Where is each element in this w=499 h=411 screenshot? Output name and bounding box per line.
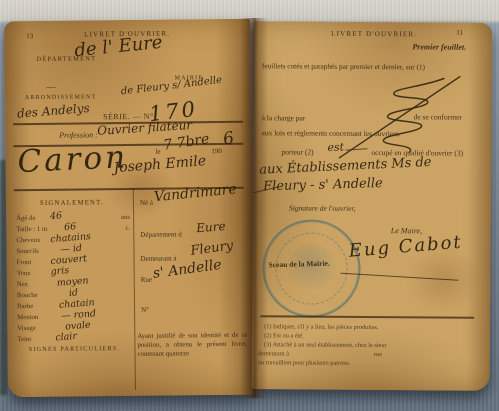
sig-label: Barbe bbox=[17, 303, 33, 310]
date-190-label: 190 bbox=[211, 148, 222, 155]
date-le-label: le bbox=[155, 149, 160, 156]
sig-value-handwritten: 46 bbox=[50, 211, 63, 221]
right-page-number: 11 bbox=[456, 30, 463, 37]
sig-value-handwritten: ovale bbox=[65, 321, 91, 333]
left-footer-paragraph: Ayant justifié de son identité et de sa … bbox=[137, 331, 247, 359]
maire-signature-handwritten: Eug Cabot bbox=[348, 234, 463, 261]
footnote-3-line1: (3) Attaché à un seul établissement, che… bbox=[264, 341, 387, 349]
left-page-number: 13 bbox=[26, 33, 33, 40]
profession-label: Profession : bbox=[59, 131, 98, 139]
etablissement-handwritten-line1: aux Établissements Ms de bbox=[259, 156, 432, 177]
se-conformer-label: de se conformer bbox=[414, 113, 462, 121]
rue-label: Rue bbox=[141, 277, 152, 284]
charge-par-label: à la charge par bbox=[262, 114, 306, 122]
book-gutter-shadow bbox=[240, 18, 268, 398]
footnote-3-line3: ou travaillent pour plusieurs patrons. bbox=[258, 359, 351, 367]
arrondissement-handwritten-value: des Andelys bbox=[17, 102, 90, 120]
demeurant-label: Demeurant à bbox=[141, 256, 177, 263]
ne-a-handwritten-value: Vandrimare bbox=[153, 182, 237, 204]
sig-suffix: ans bbox=[121, 214, 130, 221]
porteur-handwritten-est: est bbox=[327, 141, 344, 153]
sig-label: Cheveux bbox=[16, 237, 40, 244]
footnote-1: (1) Indiquer, s'il y a lieu, les pièces … bbox=[264, 323, 378, 331]
sig-label: Âgé de bbox=[16, 215, 36, 222]
premier-feuillet-heading: Premier feuillet. bbox=[364, 43, 466, 52]
footnote-2: (2) Est ou a été. bbox=[264, 332, 304, 339]
sceau-mairie-label: Sceau de la Mairie. bbox=[268, 260, 329, 269]
sig-label: Nez bbox=[17, 281, 28, 288]
sig-label: Front bbox=[17, 259, 32, 266]
sig-value-handwritten: id bbox=[69, 288, 79, 298]
arrondissement-label: ARRONDISSEMENT bbox=[25, 94, 97, 101]
right-page: LIVRET D'OUVRIER. 11 Premier feuillet. f… bbox=[252, 21, 493, 391]
column-divider-line bbox=[133, 188, 136, 390]
date-day-handwritten: 7 7bre bbox=[163, 132, 211, 153]
lois-reglements-line: aux lois et règlements concernant les ou… bbox=[261, 129, 400, 137]
sig-label: Sourcils bbox=[16, 248, 38, 255]
dash-mark: — bbox=[47, 83, 56, 92]
ne-a-label: Né à bbox=[140, 200, 153, 207]
sig-label: Yeux bbox=[17, 270, 31, 277]
sig-value-handwritten: clair bbox=[55, 332, 77, 343]
sig-value-handwritten: moyen bbox=[56, 276, 89, 288]
porteur-label: porteur (2) bbox=[281, 148, 313, 156]
numero-label: N° bbox=[141, 307, 149, 314]
surname-handwritten: Caron bbox=[17, 142, 129, 178]
sig-label: Menton bbox=[17, 314, 38, 321]
demeurant-handwritten-value: Fleury bbox=[190, 239, 234, 258]
sig-label: Visage bbox=[17, 325, 36, 332]
feuillets-cotes-line: feuillets cotés et paraphés par premier … bbox=[262, 62, 425, 70]
sig-value-handwritten: 66 bbox=[64, 222, 77, 232]
footnote-3-rue: rue bbox=[374, 351, 382, 358]
sig-label: Taille : 1 m bbox=[16, 226, 47, 233]
signalement-title: SIGNALEMENT. bbox=[14, 200, 130, 208]
left-page: 13 LIVRET D'OUVRIER. DÉPARTEMENT de l' E… bbox=[4, 19, 254, 398]
sig-label: Bouche bbox=[17, 292, 38, 299]
sig-label: Teint bbox=[17, 336, 31, 343]
sig-value-handwritten: gris bbox=[50, 266, 69, 277]
signature-ouvrier-label: Signature de l'ouvrier, bbox=[289, 204, 356, 212]
identity-departement-label: Département d bbox=[140, 231, 181, 238]
identity-departement-handwritten-value: Eure bbox=[196, 220, 226, 234]
photo-of-open-booklet: 13 LIVRET D'OUVRIER. DÉPARTEMENT de l' E… bbox=[0, 0, 499, 411]
etablissement-handwritten-line2: Fleury - s' Andelle bbox=[263, 177, 383, 193]
le-maire-label: Le Maire, bbox=[391, 227, 422, 235]
mairie-handwritten-value: de Fleury s/ Andelle bbox=[120, 76, 222, 98]
date-year-handwritten: 6 bbox=[222, 130, 236, 149]
sig-suffix: c. bbox=[125, 225, 130, 232]
signes-particuliers-title: SIGNES PARTICULIERS. bbox=[15, 346, 133, 353]
footnote-separator-rule bbox=[260, 315, 474, 318]
right-running-title: LIVRET D'OUVRIER. bbox=[304, 31, 444, 39]
